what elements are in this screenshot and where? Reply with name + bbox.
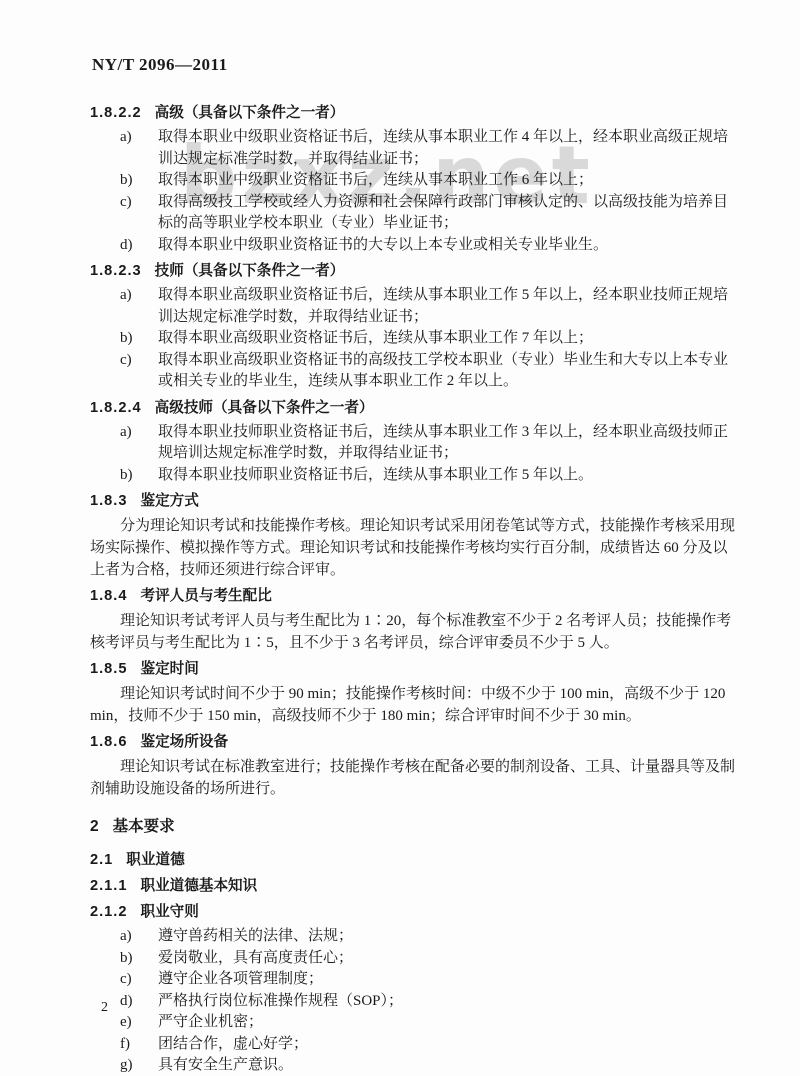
heading-number: 1.8.2.2 (90, 105, 142, 121)
heading-title: 鉴定方式 (140, 493, 198, 509)
list-item: g)具有安全生产意识。 (90, 1055, 738, 1076)
list-item: c)取得高级技工学校或经人力资源和社会保障行政部门审核认定的、以高级技能为培养目… (90, 192, 738, 235)
list-item-text: 取得本职业技师职业资格证书后，连续从事本职业工作 5 年以上。 (158, 465, 738, 487)
heading-number: 1.8.2.3 (90, 263, 142, 279)
list-item-label: b) (120, 170, 158, 192)
heading-number: 2.1.1 (90, 878, 127, 894)
list-item: b)取得本职业高级职业资格证书后，连续从事本职业工作 7 年以上； (90, 328, 738, 350)
list-item-text: 取得本职业中级职业资格证书后，连续从事本职业工作 6 年以上； (158, 170, 738, 192)
list-item-text: 遵守兽药相关的法律、法规； (158, 926, 738, 948)
heading-title: 鉴定场所设备 (140, 734, 228, 750)
section-heading: 1.8.2.4高级技师（具备以下条件之一者） (90, 397, 738, 419)
section-heading: 2.1职业道德 (90, 849, 738, 871)
list-item-text: 取得本职业中级职业资格证书的大专以上本专业或相关专业毕业生。 (158, 235, 738, 257)
list-item-label: b) (120, 328, 158, 350)
heading-number: 1.8.3 (90, 493, 127, 509)
paragraph: 理论知识考试考评人员与考生配比为 1∶20，每个标准教室不少于 2 名考评人员；… (90, 610, 738, 654)
content: 1.8.2.2高级（具备以下条件之一者）a)取得本职业中级职业资格证书后，连续从… (90, 98, 738, 1076)
list-item: e)严守企业机密； (90, 1012, 738, 1034)
heading-number: 1.8.5 (90, 661, 127, 677)
list-item-label: a) (120, 422, 158, 465)
heading-number: 2.1 (90, 852, 113, 868)
heading-title: 职业道德 (126, 852, 184, 868)
heading-number: 1.8.4 (90, 588, 127, 604)
list-item-text: 取得本职业高级职业资格证书后，连续从事本职业工作 5 年以上，经本职业技师正规培… (158, 285, 738, 328)
section-heading: 1.8.2.2高级（具备以下条件之一者） (90, 102, 738, 124)
heading-number: 1.8.6 (90, 734, 127, 750)
document-page: bzxz.net NY/T 2096—2011 1.8.2.2高级（具备以下条件… (0, 0, 800, 1076)
heading-title: 基本要求 (113, 818, 175, 835)
list-item: f)团结合作，虚心好学； (90, 1034, 738, 1056)
list-item-label: c) (120, 969, 158, 991)
list-item: a)遵守兽药相关的法律、法规； (90, 926, 738, 948)
list-item-text: 取得高级技工学校或经人力资源和社会保障行政部门审核认定的、以高级技能为培养目标的… (158, 192, 738, 235)
list-item-text: 严守企业机密； (158, 1012, 738, 1034)
heading-title: 鉴定时间 (140, 661, 198, 677)
list-item-text: 团结合作，虚心好学； (158, 1034, 738, 1056)
list-item-label: d) (120, 991, 158, 1013)
section-heading: 1.8.2.3技师（具备以下条件之一者） (90, 260, 738, 282)
section-heading: 2.1.1职业道德基本知识 (90, 875, 738, 897)
page-number: 2 (101, 1000, 108, 1016)
list-item-text: 爱岗敬业，具有高度责任心； (158, 948, 738, 970)
list-item-label: b) (120, 465, 158, 487)
list-item-label: b) (120, 948, 158, 970)
list-item: a)取得本职业中级职业资格证书后，连续从事本职业工作 4 年以上，经本职业高级正… (90, 127, 738, 170)
list-item-text: 具有安全生产意识。 (158, 1055, 738, 1076)
heading-title: 高级（具备以下条件之一者） (155, 105, 345, 121)
section-heading: 1.8.4考评人员与考生配比 (90, 585, 738, 607)
list-item-label: f) (120, 1034, 158, 1056)
heading-number: 2.1.2 (90, 904, 127, 920)
list-item: d)取得本职业中级职业资格证书的大专以上本专业或相关专业毕业生。 (90, 235, 738, 257)
list-item-text: 取得本职业中级职业资格证书后，连续从事本职业工作 4 年以上，经本职业高级正规培… (158, 127, 738, 170)
list-item: b)取得本职业中级职业资格证书后，连续从事本职业工作 6 年以上； (90, 170, 738, 192)
list-item: d)严格执行岗位标准操作规程（SOP）； (90, 991, 738, 1013)
paragraph: 分为理论知识考试和技能操作考核。理论知识考试采用闭卷笔试等方式，技能操作考核采用… (90, 515, 738, 581)
list-item-label: a) (120, 285, 158, 328)
heading-title: 职业道德基本知识 (140, 878, 257, 894)
list-item: a)取得本职业高级职业资格证书后，连续从事本职业工作 5 年以上，经本职业技师正… (90, 285, 738, 328)
list-item-label: d) (120, 235, 158, 257)
list-item: b)取得本职业技师职业资格证书后，连续从事本职业工作 5 年以上。 (90, 465, 738, 487)
list-item-text: 取得本职业高级职业资格证书后，连续从事本职业工作 7 年以上； (158, 328, 738, 350)
list-item-label: a) (120, 127, 158, 170)
list-item: c)取得本职业高级职业资格证书的高级技工学校本职业（专业）毕业生和大专以上本专业… (90, 350, 738, 393)
heading-title: 技师（具备以下条件之一者） (155, 263, 345, 279)
chapter-heading: 2基本要求 (90, 816, 738, 838)
list-item: a)取得本职业技师职业资格证书后，连续从事本职业工作 3 年以上，经本职业高级技… (90, 422, 738, 465)
heading-number: 1.8.2.4 (90, 400, 142, 416)
list-item-label: c) (120, 350, 158, 393)
heading-number: 2 (90, 818, 99, 835)
list-item-text: 严格执行岗位标准操作规程（SOP）； (158, 991, 738, 1013)
doc-header: NY/T 2096—2011 (92, 55, 228, 75)
list-item: c)遵守企业各项管理制度； (90, 969, 738, 991)
list-item-label: e) (120, 1012, 158, 1034)
list-item-label: g) (120, 1055, 158, 1076)
paragraph: 理论知识考试时间不少于 90 min；技能操作考核时间：中级不少于 100 mi… (90, 683, 738, 727)
heading-title: 高级技师（具备以下条件之一者） (155, 400, 374, 416)
list-item-text: 取得本职业技师职业资格证书后，连续从事本职业工作 3 年以上，经本职业高级技师正… (158, 422, 738, 465)
list-item: b)爱岗敬业，具有高度责任心； (90, 948, 738, 970)
list-item-text: 取得本职业高级职业资格证书的高级技工学校本职业（专业）毕业生和大专以上本专业或相… (158, 350, 738, 393)
section-heading: 1.8.5鉴定时间 (90, 658, 738, 680)
paragraph: 理论知识考试在标准教室进行；技能操作考核在配备必要的制剂设备、工具、计量器具等及… (90, 756, 738, 800)
section-heading: 2.1.2职业守则 (90, 901, 738, 923)
list-item-text: 遵守企业各项管理制度； (158, 969, 738, 991)
heading-title: 考评人员与考生配比 (140, 588, 271, 604)
section-heading: 1.8.3鉴定方式 (90, 490, 738, 512)
section-heading: 1.8.6鉴定场所设备 (90, 731, 738, 753)
heading-title: 职业守则 (140, 904, 198, 920)
list-item-label: c) (120, 192, 158, 235)
list-item-label: a) (120, 926, 158, 948)
